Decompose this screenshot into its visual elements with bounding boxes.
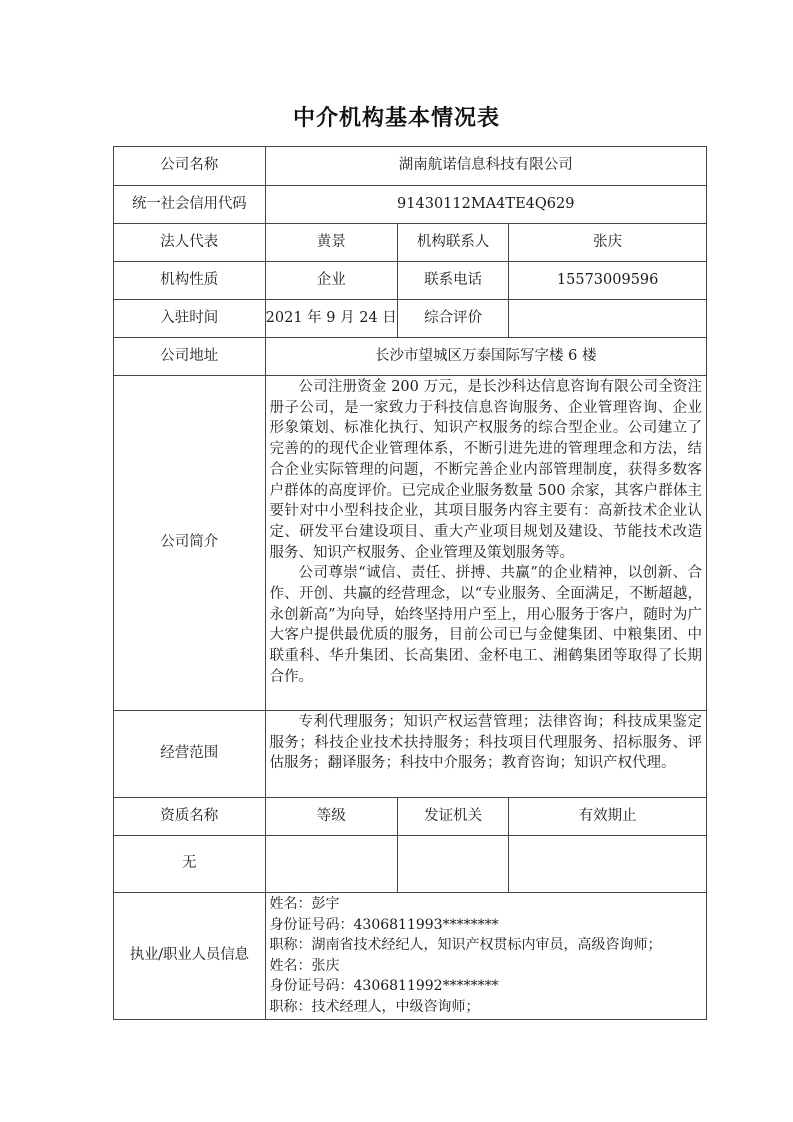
company-name-value: 湖南航诺信息科技有限公司 — [265, 147, 707, 186]
qualification-level — [265, 836, 397, 893]
staff-2-id: 身份证号码：4306811992******** — [270, 976, 703, 997]
qualification-header-issuer: 发证机关 — [397, 798, 508, 836]
credit-code-value: 91430112MA4TE4Q629 — [265, 186, 707, 224]
nature-value: 企业 — [265, 262, 397, 300]
row-intro: 公司简介 公司注册资金 200 万元，是长沙科达信息咨询有限公司全资注册子公司，… — [114, 376, 707, 711]
staff-2-name: 姓名：张庆 — [270, 956, 703, 977]
phone-value: 15573009596 — [509, 262, 707, 300]
intro-paragraph-1: 公司注册资金 200 万元，是长沙科达信息咨询有限公司全资注册子公司，是一家致力… — [270, 377, 703, 563]
legal-rep-label: 法人代表 — [114, 224, 266, 262]
row-address: 公司地址 长沙市望城区万泰国际写字楼 6 楼 — [114, 338, 707, 376]
legal-rep-value: 黄景 — [265, 224, 397, 262]
staff-1-name: 姓名：彭宇 — [270, 894, 703, 915]
staff-info: 姓名：彭宇 身份证号码：4306811993******** 职称：湖南省技术经… — [265, 893, 707, 1020]
qualification-header-name: 资质名称 — [114, 798, 266, 836]
row-entry-time: 入驻时间 2021 年 9 月 24 日 综合评价 — [114, 300, 707, 338]
credit-code-label: 统一社会信用代码 — [114, 186, 266, 224]
entry-time-label: 入驻时间 — [114, 300, 266, 338]
scope-label: 经营范围 — [114, 711, 266, 798]
intro-paragraph-2: 公司尊崇“诚信、责任、拼搏、共赢”的企业精神，以创新、合作、开创、共赢的经营理念… — [270, 563, 703, 687]
staff-1-id: 身份证号码：4306811993******** — [270, 915, 703, 936]
rating-label: 综合评价 — [397, 300, 508, 338]
contact-person-label: 机构联系人 — [397, 224, 508, 262]
qualification-header-expiry: 有效期止 — [509, 798, 707, 836]
address-value: 长沙市望城区万泰国际写字楼 6 楼 — [265, 338, 707, 376]
row-nature: 机构性质 企业 联系电话 15573009596 — [114, 262, 707, 300]
contact-person-value: 张庆 — [509, 224, 707, 262]
address-label: 公司地址 — [114, 338, 266, 376]
qualification-header-level: 等级 — [265, 798, 397, 836]
qualification-name: 无 — [114, 836, 266, 893]
nature-label: 机构性质 — [114, 262, 266, 300]
qualification-issuer — [397, 836, 508, 893]
rating-value — [509, 300, 707, 338]
entry-time-value: 2021 年 9 月 24 日 — [265, 300, 397, 338]
row-qualification-header: 资质名称 等级 发证机关 有效期止 — [114, 798, 707, 836]
company-name-label: 公司名称 — [114, 147, 266, 186]
staff-1-title: 职称：湖南省技术经纪人，知识产权贯标内审员，高级咨询师； — [270, 935, 703, 956]
intro-label: 公司简介 — [114, 376, 266, 711]
document-title: 中介机构基本情况表 — [0, 101, 793, 132]
agency-info-table: 公司名称 湖南航诺信息科技有限公司 统一社会信用代码 91430112MA4TE… — [113, 146, 707, 1020]
staff-label: 执业/职业人员信息 — [114, 893, 266, 1020]
row-legal-rep: 法人代表 黄景 机构联系人 张庆 — [114, 224, 707, 262]
staff-2-title: 职称：技术经理人，中级咨询师； — [270, 997, 703, 1018]
intro-text: 公司注册资金 200 万元，是长沙科达信息咨询有限公司全资注册子公司，是一家致力… — [265, 376, 707, 711]
scope-text: 专利代理服务；知识产权运营管理；法律咨询；科技成果鉴定服务；科技企业技术扶持服务… — [265, 711, 707, 798]
row-scope: 经营范围 专利代理服务；知识产权运营管理；法律咨询；科技成果鉴定服务；科技企业技… — [114, 711, 707, 798]
qualification-expiry — [509, 836, 707, 893]
qualification-row: 无 — [114, 836, 707, 893]
row-company-name: 公司名称 湖南航诺信息科技有限公司 — [114, 147, 707, 186]
row-credit-code: 统一社会信用代码 91430112MA4TE4Q629 — [114, 186, 707, 224]
scope-paragraph: 专利代理服务；知识产权运营管理；法律咨询；科技成果鉴定服务；科技企业技术扶持服务… — [270, 712, 703, 774]
row-staff: 执业/职业人员信息 姓名：彭宇 身份证号码：4306811993********… — [114, 893, 707, 1020]
phone-label: 联系电话 — [397, 262, 508, 300]
